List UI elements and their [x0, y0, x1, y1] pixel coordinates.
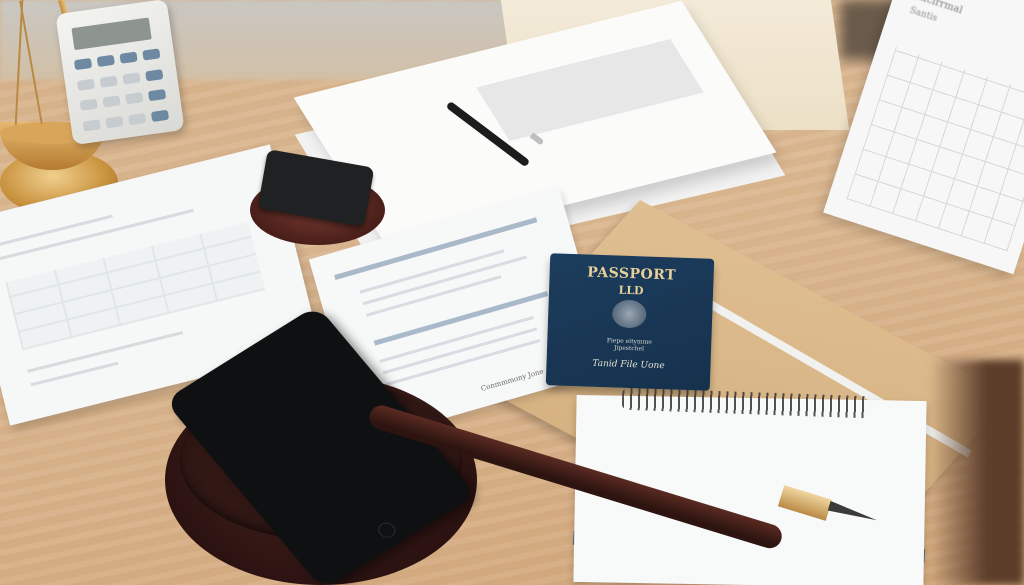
home-button-icon	[375, 520, 399, 541]
document-table	[5, 222, 265, 350]
eagle-emblem-icon	[612, 299, 647, 328]
passport-small-text: Fiepe eitymme Jipestchel	[547, 335, 711, 355]
calculator	[55, 0, 184, 145]
calculator-keypad	[74, 48, 170, 135]
form-row	[379, 316, 534, 363]
calendar-subtitle: Santis	[908, 6, 938, 24]
calendar-grid	[846, 47, 1024, 252]
calculator-screen	[71, 17, 151, 50]
form-footer-text: Conmmmony Jone	[480, 367, 544, 392]
foreground-blur	[930, 360, 1024, 585]
passport-bottom-text: Tanid File Uone	[546, 357, 710, 373]
passport: PASSPORT LLD Fiepe eitymme Jipestchel Ta…	[546, 253, 715, 391]
form-row	[359, 249, 504, 293]
